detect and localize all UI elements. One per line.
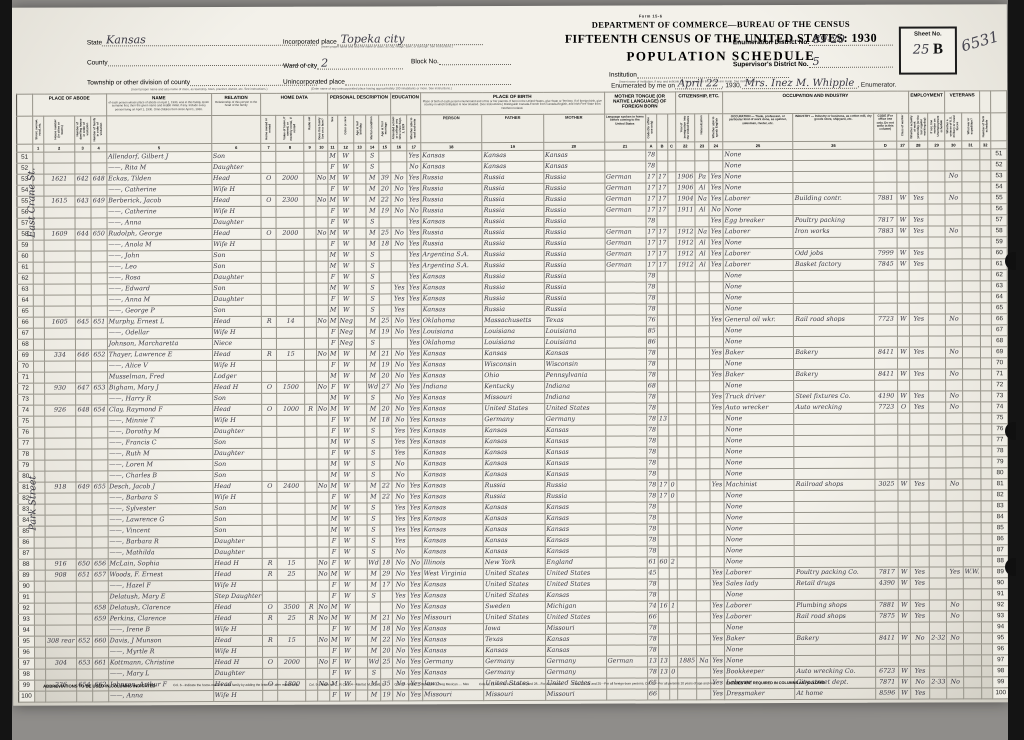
cell-ind: Plumbing shops bbox=[795, 601, 876, 612]
cell-sex: M bbox=[329, 459, 339, 470]
cell-rel: Head bbox=[212, 317, 262, 328]
cell-ln: 79 bbox=[18, 460, 34, 471]
cell-rw: Yes bbox=[408, 492, 422, 503]
cell-age bbox=[355, 514, 367, 525]
cell-val bbox=[277, 515, 305, 526]
cell-cls bbox=[897, 270, 909, 281]
cell-rel: Head bbox=[212, 196, 262, 207]
cell-code: 7817 bbox=[875, 567, 898, 578]
cell-imm bbox=[675, 150, 695, 161]
cell-eng bbox=[709, 304, 723, 315]
cell-cb bbox=[658, 425, 669, 436]
enumerated-year: , 1930, bbox=[722, 82, 742, 89]
cell-ind bbox=[794, 469, 875, 480]
cell-bf: Louisiana bbox=[483, 327, 545, 338]
cell-rel: Son bbox=[212, 394, 262, 405]
cell-ca: 17 bbox=[646, 249, 657, 260]
cell-emp bbox=[910, 556, 930, 567]
cell-name: Thayer, Lawrence E bbox=[107, 350, 212, 361]
cell-cb: 60 bbox=[658, 557, 669, 568]
cell-fam bbox=[91, 361, 107, 372]
cell-empl bbox=[930, 567, 947, 578]
cell-bp: Louisiana bbox=[421, 327, 482, 338]
cell-ca: 78 bbox=[647, 667, 658, 678]
cell-fam bbox=[91, 251, 107, 262]
cell-mar: S bbox=[366, 272, 380, 283]
cell-rw bbox=[408, 470, 422, 481]
cell-dw bbox=[76, 603, 92, 614]
cell-war bbox=[963, 666, 981, 677]
cell-cc bbox=[668, 260, 676, 271]
cell-race: W bbox=[338, 261, 354, 272]
cell-race: W bbox=[338, 349, 354, 360]
cell-fam: 654 bbox=[92, 405, 108, 416]
cell-eng: Yes bbox=[711, 689, 725, 700]
cell-val bbox=[276, 152, 304, 163]
cell-street bbox=[34, 691, 46, 702]
cell-sex: M bbox=[328, 151, 338, 162]
cell-mar: M bbox=[366, 349, 380, 360]
cell-rw: Yes bbox=[408, 338, 422, 349]
cell-rel: Daughter bbox=[213, 537, 263, 548]
cell-agem: 18 bbox=[379, 239, 391, 250]
cell-farm bbox=[316, 327, 328, 338]
enum-district-label: Enumeration District No. bbox=[733, 39, 809, 46]
cell-mar: M bbox=[367, 624, 381, 635]
cell-cc: 0 bbox=[669, 491, 677, 502]
cell-cls bbox=[899, 622, 911, 633]
cell-ca: 17 bbox=[646, 183, 657, 194]
population-schedule-table: PLACE OF ABODENAMEof each person whose p… bbox=[16, 90, 1009, 703]
cell-sex: F bbox=[329, 624, 339, 635]
cell-own bbox=[262, 427, 277, 438]
cell-mar: S bbox=[367, 503, 381, 514]
cell-war bbox=[962, 237, 980, 248]
cell-bf: Texas bbox=[484, 635, 546, 646]
cell-empl bbox=[929, 523, 946, 534]
cell-sch: Yes bbox=[391, 283, 407, 294]
column-number: 18 bbox=[421, 143, 482, 151]
cell-fam bbox=[91, 339, 107, 350]
cell-street bbox=[33, 361, 45, 372]
cell-mar: M bbox=[366, 316, 380, 327]
cell-val bbox=[277, 438, 305, 449]
cell-farm bbox=[317, 514, 329, 525]
cell-mar: S bbox=[367, 514, 381, 525]
cell-occ: None bbox=[723, 172, 793, 183]
cell-nat: Al bbox=[695, 183, 709, 194]
cell-race: W bbox=[339, 668, 355, 679]
sheet-number-box: Sheet No. 25 B bbox=[899, 26, 957, 74]
cell-bp: Kansas bbox=[422, 602, 483, 613]
cell-ln: 98 bbox=[19, 669, 35, 680]
cell-war bbox=[962, 424, 980, 435]
cell-bf: Iowa bbox=[484, 624, 546, 635]
cell-rel: Step Daughter bbox=[213, 592, 263, 603]
cell-lnr: 65 bbox=[992, 303, 1008, 314]
cell-dw bbox=[75, 416, 91, 427]
cell-bp: Missouri bbox=[422, 613, 483, 624]
cell-ind: Iron works bbox=[793, 227, 874, 238]
cell-val: 2000 bbox=[278, 658, 306, 669]
cell-empl bbox=[929, 468, 946, 479]
cell-sch: No bbox=[391, 371, 407, 382]
cell-radio bbox=[305, 470, 316, 481]
cell-ca: 78 bbox=[646, 304, 657, 315]
cell-dw: 650 bbox=[76, 559, 92, 570]
cell-mar: S bbox=[366, 459, 380, 470]
cell-lnr: 71 bbox=[992, 369, 1008, 380]
cell-farm: No bbox=[317, 657, 329, 668]
cell-emp bbox=[910, 501, 930, 512]
cell-emp bbox=[909, 413, 929, 424]
cell-nat bbox=[697, 601, 711, 612]
cell-bf: Kansas bbox=[483, 514, 545, 525]
cell-ca: 78 bbox=[646, 161, 657, 172]
cell-vet bbox=[947, 534, 963, 545]
cell-vet bbox=[946, 237, 962, 248]
cell-sex: F bbox=[328, 327, 338, 338]
cell-mar: S bbox=[365, 151, 379, 162]
cell-nat: Na bbox=[697, 656, 711, 667]
cell-war bbox=[963, 523, 981, 534]
cell-radio bbox=[305, 305, 316, 316]
sup-district-field: Supervisor's District No. 5 bbox=[733, 57, 893, 69]
cell-eng bbox=[710, 381, 724, 392]
cell-lang: German bbox=[605, 249, 646, 260]
cell-ca: 61 bbox=[647, 557, 658, 568]
cell-own bbox=[261, 185, 276, 196]
cell-lang bbox=[605, 282, 646, 293]
cell-war bbox=[962, 226, 980, 237]
cell-rw: Yes bbox=[407, 173, 421, 184]
cell-radio bbox=[305, 525, 316, 536]
ward-field: Ward of city 2 bbox=[283, 58, 403, 69]
cell-sex: M bbox=[328, 250, 338, 261]
cell-rel: Wife H bbox=[213, 581, 263, 592]
cell-lnr: 94 bbox=[993, 622, 1009, 633]
cell-bp: Illinois bbox=[422, 558, 483, 569]
cell-lang: German bbox=[605, 260, 646, 271]
cell-name: Perkins, Clarence bbox=[108, 614, 213, 625]
sheet-letter: B bbox=[933, 41, 943, 57]
cell-ln: 97 bbox=[19, 658, 35, 669]
cell-fam: 658 bbox=[92, 603, 108, 614]
cell-sex: M bbox=[328, 173, 338, 184]
cell-race: W bbox=[338, 195, 354, 206]
cell-rel: Daughter bbox=[211, 163, 261, 174]
cell-lnr: 58 bbox=[991, 226, 1007, 237]
cell-agem bbox=[380, 503, 392, 514]
cell-radio bbox=[304, 261, 315, 272]
cell-mar: Wd bbox=[367, 657, 381, 668]
cell-sch: Yes bbox=[392, 426, 408, 437]
cell-empl bbox=[929, 292, 946, 303]
cell-sch: No bbox=[392, 569, 408, 580]
cell-war bbox=[962, 380, 980, 391]
footer-note: Col. 6—Indicate the home-maker in each f… bbox=[173, 683, 299, 687]
cell-fs bbox=[980, 160, 992, 171]
cell-war bbox=[962, 215, 980, 226]
cell-fs bbox=[981, 600, 993, 611]
cell-age bbox=[355, 547, 367, 558]
cell-house: 930 bbox=[45, 383, 76, 394]
column-number: 28 bbox=[908, 141, 928, 149]
cell-race: W bbox=[339, 503, 355, 514]
cell-lang bbox=[605, 469, 646, 480]
cell-emp bbox=[909, 182, 929, 193]
cell-nat bbox=[695, 161, 709, 172]
column-number: 25 bbox=[723, 142, 793, 150]
cell-vet: No bbox=[945, 226, 961, 237]
cell-rel: Head H bbox=[212, 383, 262, 394]
cell-ind: Poultry packing bbox=[793, 216, 874, 227]
cell-war bbox=[962, 336, 980, 347]
cell-age bbox=[354, 217, 366, 228]
cell-cls bbox=[898, 589, 910, 600]
cell-eng bbox=[710, 546, 724, 557]
cell-war bbox=[963, 501, 981, 512]
cell-radio bbox=[304, 184, 315, 195]
cell-lang bbox=[605, 392, 646, 403]
cell-radio bbox=[305, 448, 316, 459]
cell-agem bbox=[379, 272, 391, 283]
cell-imm bbox=[677, 623, 697, 634]
cell-dw bbox=[76, 504, 92, 515]
column-number: 13 bbox=[354, 143, 366, 151]
cell-house bbox=[45, 394, 76, 405]
cell-emp bbox=[910, 534, 930, 545]
cell-code bbox=[874, 270, 897, 281]
cell-empl bbox=[928, 248, 945, 259]
cell-war bbox=[962, 402, 980, 413]
cell-cc bbox=[669, 634, 677, 645]
cell-occ: None bbox=[723, 337, 793, 348]
cell-bf: Wisconsin bbox=[483, 360, 545, 371]
cell-bm: United States bbox=[545, 568, 606, 579]
cell-ind bbox=[793, 161, 874, 172]
cell-lnr: 70 bbox=[992, 358, 1008, 369]
cell-race: W bbox=[339, 558, 355, 569]
cell-sch: No bbox=[392, 459, 408, 470]
cell-nat bbox=[696, 348, 710, 359]
cell-house bbox=[44, 251, 75, 262]
cell-rel: Son bbox=[213, 471, 263, 482]
cell-agem bbox=[380, 547, 392, 558]
cell-dw bbox=[75, 328, 91, 339]
cell-cls bbox=[898, 490, 910, 501]
cell-rw: No bbox=[407, 162, 421, 173]
cell-bm: Missouri bbox=[545, 689, 606, 700]
cell-eng bbox=[710, 513, 724, 524]
cell-ca: 13 bbox=[647, 656, 658, 667]
column-number: 9 bbox=[304, 143, 315, 151]
cell-radio: R bbox=[306, 602, 317, 613]
cell-farm bbox=[316, 393, 328, 404]
cell-radio bbox=[306, 657, 317, 668]
enumerator-name: Mrs. Inez M. Whipple bbox=[742, 79, 858, 89]
cell-own bbox=[262, 284, 277, 295]
cell-lnr: 84 bbox=[992, 512, 1008, 523]
cell-rw: Yes bbox=[407, 261, 421, 272]
cell-dw: 642 bbox=[75, 174, 91, 185]
column-subheader: Number of family in order of visitation bbox=[91, 116, 107, 144]
cell-sch: No bbox=[391, 349, 407, 360]
cell-radio bbox=[305, 558, 316, 569]
cell-bp: Kansas bbox=[422, 426, 483, 437]
cell-war bbox=[963, 611, 981, 622]
cell-own bbox=[263, 592, 278, 603]
cell-agem bbox=[379, 250, 391, 261]
cell-code: 3025 bbox=[875, 479, 898, 490]
cell-val bbox=[277, 361, 305, 372]
cell-race: W bbox=[338, 360, 354, 371]
cell-bm: Indiana bbox=[544, 392, 605, 403]
cell-cb bbox=[657, 216, 668, 227]
cell-emp bbox=[909, 237, 929, 248]
cell-eng: Yes bbox=[710, 348, 724, 359]
cell-cc bbox=[669, 590, 677, 601]
column-subheader: Age at first marriage bbox=[379, 115, 391, 143]
cell-lang bbox=[606, 634, 647, 645]
cell-vet bbox=[946, 380, 962, 391]
cell-bp: Kansas bbox=[422, 547, 483, 558]
cell-code: 7881 bbox=[874, 193, 897, 204]
cell-val bbox=[277, 449, 305, 460]
cell-name: ——, Anna bbox=[108, 691, 213, 702]
cell-dw bbox=[76, 537, 92, 548]
cell-own bbox=[263, 537, 278, 548]
cell-agem: 19 bbox=[379, 206, 391, 217]
cell-cc bbox=[668, 205, 676, 216]
cell-vet bbox=[945, 160, 961, 171]
cell-farm bbox=[317, 525, 329, 536]
cell-vet bbox=[947, 556, 963, 567]
column-subheader: Language spoken in home before coming to… bbox=[604, 114, 645, 142]
cell-code bbox=[874, 182, 897, 193]
cell-imm bbox=[676, 458, 696, 469]
cell-fam: 656 bbox=[92, 559, 108, 570]
cell-code bbox=[874, 171, 897, 182]
cell-sch: No bbox=[391, 206, 407, 217]
cell-mar: S bbox=[366, 448, 380, 459]
cell-bf: United States bbox=[484, 613, 546, 624]
cell-cb bbox=[657, 304, 668, 315]
cell-house bbox=[45, 460, 76, 471]
cell-vet bbox=[946, 457, 962, 468]
cell-bf: Missouri bbox=[484, 690, 546, 701]
cell-ln: 70 bbox=[18, 361, 34, 372]
cell-rw: Yes bbox=[409, 690, 423, 701]
cell-code: 7881 bbox=[875, 600, 898, 611]
cell-emp bbox=[909, 336, 929, 347]
cell-cc bbox=[669, 689, 677, 700]
footer-note: Col. 9—Radio set .... R Col. 14—Marital:… bbox=[309, 682, 384, 686]
cell-eng: Yes bbox=[710, 370, 724, 381]
cell-rel: Wife H bbox=[213, 647, 263, 658]
cell-bp: Kansas bbox=[421, 162, 482, 173]
column-group-header: CITIZENSHIP, ETC. bbox=[675, 92, 722, 114]
cell-bm: Russia bbox=[544, 304, 605, 315]
cell-sex: F bbox=[329, 690, 339, 701]
cell-imm bbox=[677, 590, 697, 601]
cell-name: ——, Barbara R bbox=[108, 537, 213, 548]
cell-emp: Yes bbox=[909, 248, 929, 259]
cell-val: 15 bbox=[277, 350, 305, 361]
cell-name: ——, Leo bbox=[107, 262, 212, 273]
cell-occ: None bbox=[724, 524, 794, 535]
cell-lang: German bbox=[604, 183, 645, 194]
cell-code bbox=[875, 534, 898, 545]
cell-val bbox=[276, 251, 304, 262]
cell-fam bbox=[92, 438, 108, 449]
cell-code bbox=[875, 435, 898, 446]
cell-empl bbox=[928, 182, 945, 193]
cell-mar: S bbox=[366, 294, 380, 305]
cell-empl bbox=[930, 655, 947, 666]
cell-farm bbox=[316, 371, 328, 382]
cell-bp: Kansas bbox=[421, 217, 482, 228]
cell-bm: Michigan bbox=[545, 601, 606, 612]
cell-radio bbox=[305, 426, 316, 437]
cell-sex: M bbox=[329, 613, 339, 624]
cell-dw bbox=[76, 581, 92, 592]
cell-lnr: 80 bbox=[992, 468, 1008, 479]
cell-house: 1605 bbox=[44, 317, 75, 328]
cell-cls bbox=[898, 358, 910, 369]
cell-bm: Russia bbox=[544, 249, 605, 260]
cell-agem: 22 bbox=[380, 481, 392, 492]
cell-house: 926 bbox=[45, 405, 76, 416]
cell-name: ——, Mary L bbox=[108, 669, 213, 680]
cell-bp: Kansas bbox=[422, 492, 483, 503]
cell-farm bbox=[315, 151, 327, 162]
cell-vet bbox=[946, 446, 962, 457]
cell-occ: None bbox=[724, 590, 794, 601]
column-subheader: House number (in cities or towns) bbox=[44, 116, 75, 144]
cell-cls bbox=[898, 336, 910, 347]
column-subheader: Marital condition bbox=[365, 115, 379, 143]
cell-ca: 78 bbox=[647, 447, 658, 458]
cell-lnr: 83 bbox=[992, 501, 1008, 512]
cell-war: W.W. bbox=[963, 567, 981, 578]
cell-vet bbox=[946, 501, 962, 512]
cell-nat bbox=[696, 458, 710, 469]
cell-mar: M bbox=[367, 690, 381, 701]
cell-ca: 17 bbox=[646, 227, 657, 238]
cell-farm bbox=[316, 415, 328, 426]
column-subheader: Number of farm schedule bbox=[979, 113, 991, 141]
cell-agem bbox=[380, 602, 392, 613]
cell-age bbox=[354, 184, 366, 195]
cell-nat bbox=[696, 480, 710, 491]
cell-bm: United States bbox=[545, 579, 606, 590]
cell-war bbox=[962, 160, 980, 171]
cell-sch: Yes bbox=[392, 514, 408, 525]
column-group-header: RELATIONRelationship of this person to t… bbox=[211, 93, 261, 115]
cell-dw bbox=[75, 284, 91, 295]
cell-rw: Yes bbox=[408, 426, 422, 437]
cell-fam bbox=[92, 416, 108, 427]
cell-eng: Yes bbox=[709, 216, 723, 227]
cell-age bbox=[355, 360, 367, 371]
cell-bm: Kansas bbox=[545, 535, 606, 546]
cell-lang bbox=[605, 414, 646, 425]
enumerated-prefix: Enumerated by me on bbox=[611, 82, 675, 89]
cell-rel: Wife H bbox=[212, 361, 262, 372]
cell-dw: 653 bbox=[76, 658, 92, 669]
cell-house bbox=[44, 207, 75, 218]
